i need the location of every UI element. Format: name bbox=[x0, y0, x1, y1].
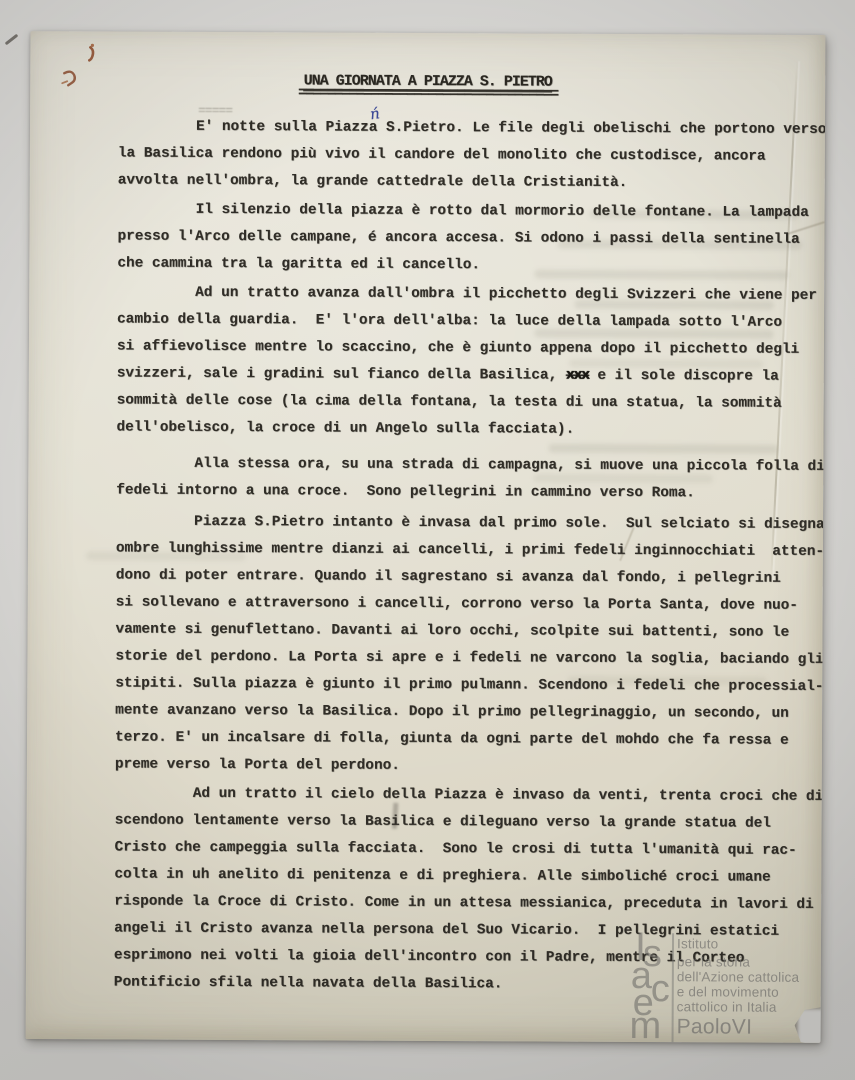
typed-line: Ad un tratto avanza dall'ombra il picche… bbox=[117, 279, 825, 310]
typed-segment: svizzeri, sale i gradini sul fianco dell… bbox=[117, 365, 566, 383]
typed-line: ombre lunghissime mentre dianzi ai cance… bbox=[116, 535, 826, 566]
typed-line: scendono lentamente verso la Basilica e … bbox=[115, 807, 826, 838]
typed-line: avvolta nell'ombra, la grande cattedrale… bbox=[118, 167, 826, 198]
typed-line: risponde la Croce di Cristo. Come in un … bbox=[114, 888, 825, 919]
paragraph: Ad un tratto il cielo della Piazza è inv… bbox=[114, 780, 826, 1000]
paragraph: Ad un tratto avanza dall'ombra il picche… bbox=[116, 279, 825, 445]
pen-mark bbox=[5, 34, 19, 46]
struck-out-word: xxx bbox=[566, 368, 589, 384]
typed-line: E' notte sulla Piazza S.Pietro. Le file … bbox=[118, 113, 826, 144]
torn-corner bbox=[795, 1007, 823, 1043]
title-block: UNA GIORNATA A PIAZZA S. PIETRO ========… bbox=[30, 70, 825, 102]
document-paper: ===== UNA GIORNATA A PIAZZA S. PIETRO ==… bbox=[26, 31, 826, 1043]
typed-line: angeli il Cristo avanza nella persona de… bbox=[114, 915, 825, 946]
typed-line: Il silenzio della piazza è rotto dal mor… bbox=[118, 196, 826, 227]
title-equals-underline: ==================================== bbox=[30, 86, 825, 102]
typed-line: svizzeri, sale i gradini sul fianco dell… bbox=[117, 360, 826, 391]
typed-line: sommità delle cose (la cima della fontan… bbox=[117, 387, 826, 418]
typed-line: storie del perdono. La Porta si apre e i… bbox=[115, 643, 825, 674]
typed-line: la Basilica rendono più vivo il candore … bbox=[118, 140, 826, 171]
typed-line: Cristo che campeggia sulla facciata. Son… bbox=[114, 834, 825, 865]
paragraph: Piazza S.Pietro intanto è invasa dal pri… bbox=[115, 508, 826, 782]
typed-text: E' notte sulla Piazza S.Pietro. Le file … bbox=[114, 113, 826, 1000]
watermark-brand: PaoloVI bbox=[677, 1015, 753, 1039]
typed-line: stipiti. Sulla piazza è giunto il primo … bbox=[115, 670, 825, 701]
typed-line: presso l'Arco delle campane, é ancora ac… bbox=[117, 223, 825, 254]
typed-line: si sollevano e attraversono i cancelli, … bbox=[116, 589, 826, 620]
typed-line: che cammina tra la garitta ed il cancell… bbox=[117, 250, 825, 281]
typed-line: terzo. E' un incalsare di folla, giunta … bbox=[115, 724, 826, 755]
paragraph: E' notte sulla Piazza S.Pietro. Le file … bbox=[118, 113, 826, 198]
handwritten-correction: ń bbox=[369, 104, 381, 123]
typed-line: esprimono nei volti la gioia dell'incont… bbox=[114, 942, 826, 973]
typed-segment: e il sole discopre la bbox=[589, 368, 779, 385]
typed-line: Pontificio sfila nella navata della Basi… bbox=[114, 969, 826, 1000]
typed-line: si affievolisce mentre lo scaccino, che … bbox=[117, 333, 826, 364]
paragraph: Alla stessa ora, su una strada di campag… bbox=[116, 450, 825, 508]
typed-line: mente avanzano verso la Basilica. Dopo i… bbox=[115, 697, 825, 728]
typed-line: dono di poter entrare. Quando il sagrest… bbox=[116, 562, 826, 593]
typed-line: preme verso la Porta del perdono. bbox=[115, 751, 826, 782]
typed-line: vamente si genuflettano. Davanti ai loro… bbox=[115, 616, 825, 647]
watermark-letter-m: m bbox=[630, 1007, 662, 1043]
watermark-text-line: cattolico in Italia bbox=[677, 1000, 777, 1014]
typed-line: dell'obelisco, la croce di un Angelo sul… bbox=[116, 414, 825, 445]
photo-backdrop: ===== UNA GIORNATA A PIAZZA S. PIETRO ==… bbox=[0, 0, 855, 1080]
typed-line: fedeli intorno a una croce. Sono pellegr… bbox=[116, 477, 825, 508]
typed-line: Piazza S.Pietro intanto è invasa dal pri… bbox=[116, 508, 825, 539]
paragraph: Il silenzio della piazza è rotto dal mor… bbox=[117, 196, 825, 281]
typed-line: Ad un tratto il cielo della Piazza è inv… bbox=[115, 780, 826, 811]
typed-line: colta in uh anelito di penitenza e di pr… bbox=[114, 861, 825, 892]
typed-line: Alla stessa ora, su una strada di campag… bbox=[116, 450, 825, 481]
typed-line: cambio della guardia. E' l'ora dell'alba… bbox=[117, 306, 825, 337]
